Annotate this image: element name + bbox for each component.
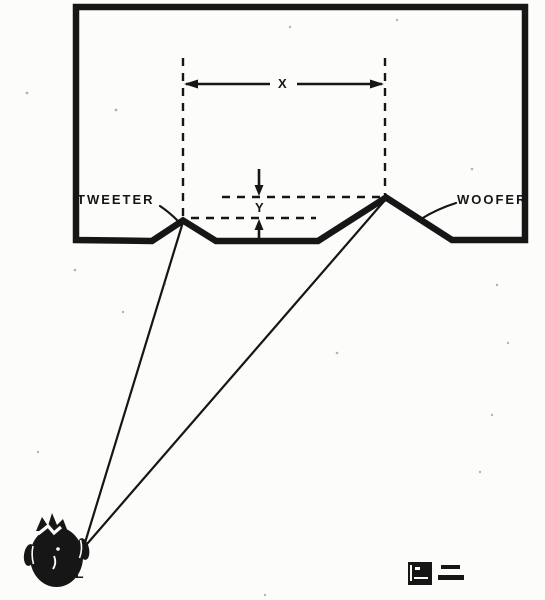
- woofer-path-line: [87, 199, 386, 544]
- glyph-detail: [438, 575, 464, 580]
- sound-path-lines: [84, 199, 386, 546]
- arrow-down-icon: [255, 185, 264, 196]
- arrow-right-icon: [370, 80, 384, 89]
- arrow-up-icon: [255, 219, 264, 230]
- woofer-label: WOOFER: [457, 193, 528, 206]
- tweeter-leader-line: [160, 206, 178, 221]
- caption-glyph-tu: [408, 562, 432, 585]
- woofer-leader-line: [421, 203, 456, 219]
- figure-page: TWEETER WOOFER X Y L: [0, 0, 545, 600]
- figure-caption: [408, 562, 464, 585]
- scan-specks: [26, 19, 510, 596]
- head-highlight-dot: [56, 547, 60, 551]
- glyph-detail: [410, 565, 412, 581]
- glyph-detail: [414, 577, 428, 579]
- glyph-detail: [415, 567, 420, 570]
- glyph-detail: [441, 565, 460, 569]
- tweeter-path-line: [84, 222, 183, 546]
- x-dimension-label: X: [278, 77, 287, 90]
- diagram-artwork: [0, 0, 545, 600]
- arrow-left-icon: [184, 80, 198, 89]
- tweeter-label: TWEETER: [77, 193, 155, 206]
- y-dimension-label: Y: [255, 201, 264, 214]
- listener-label: L: [75, 566, 84, 580]
- caption-glyph-er: [438, 562, 464, 585]
